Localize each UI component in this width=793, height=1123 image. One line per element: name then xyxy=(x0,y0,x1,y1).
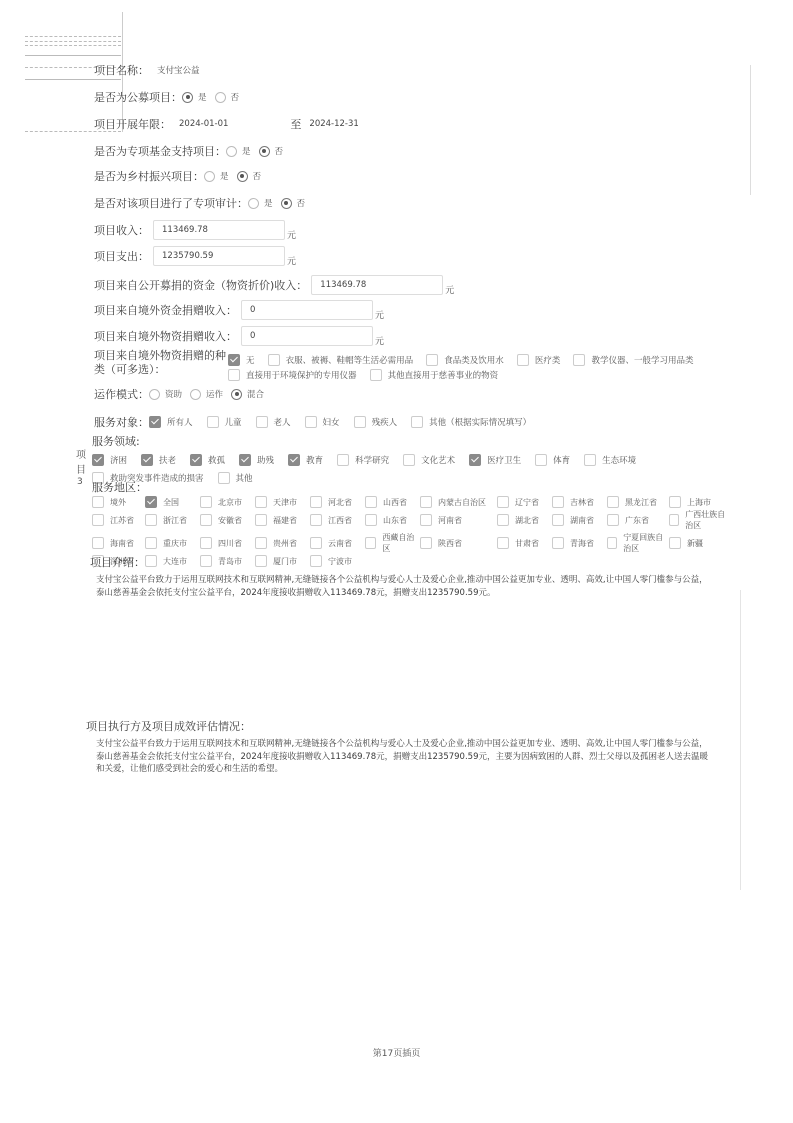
goods-type-none[interactable]: 无 xyxy=(228,354,255,366)
operation-mode-mixed[interactable]: 混合 xyxy=(231,388,264,400)
income-input[interactable]: 113469.78 xyxy=(153,220,285,240)
overseas-goods-types-options-2: 直接用于环境保护的专用仪器 其他直接用于慈善事业的物资 xyxy=(228,366,506,385)
evaluation-text: 支付宝公益平台致力于运用互联网技术和互联网精神,无缝链接各个公益机构与爱心人士及… xyxy=(96,738,716,776)
service-region-option[interactable]: 吉林省 xyxy=(552,496,607,508)
duration-row: 项目开展年限： 2024-01-01 至 2024-12-31 xyxy=(94,116,359,132)
checkbox-icon[interactable] xyxy=(310,514,322,526)
service-target-option[interactable]: 所有人 xyxy=(149,416,193,428)
checkbox-icon[interactable] xyxy=(497,496,509,508)
special-fund-row: 是否为专项基金支持项目： 是 否 xyxy=(94,143,291,159)
service-field-option[interactable]: 教育 xyxy=(288,454,323,466)
overseas-fund-income-unit: 元 xyxy=(375,308,384,321)
overseas-goods-income-unit: 元 xyxy=(375,334,384,347)
service-region-option[interactable]: 河北省 xyxy=(310,496,365,508)
special-fund-no[interactable]: 否 xyxy=(259,145,284,157)
scan-dash-line xyxy=(25,36,121,37)
service-target-option[interactable]: 老人 xyxy=(256,416,291,428)
checkbox-checked-icon[interactable] xyxy=(149,416,161,428)
service-region-option[interactable]: 湖南省 xyxy=(552,509,607,531)
expense-unit: 元 xyxy=(287,254,296,267)
service-region-option[interactable]: 江苏省 xyxy=(92,509,145,531)
checkbox-icon[interactable] xyxy=(420,496,432,508)
checkbox-checked-icon[interactable] xyxy=(92,454,104,466)
operation-mode-funding[interactable]: 资助 xyxy=(149,388,182,400)
service-region-option[interactable]: 大连市 xyxy=(145,555,200,567)
checkbox-icon[interactable] xyxy=(365,537,376,549)
duration-label: 项目开展年限： xyxy=(94,116,171,132)
overseas-fund-income-label: 项目来自境外资金捐赠收入： xyxy=(94,302,237,318)
checkbox-icon[interactable] xyxy=(200,555,212,567)
overseas-goods-income-row: 项目来自境外物资捐赠收入： 0 元 xyxy=(94,324,384,347)
special-audit-yes[interactable]: 是 xyxy=(248,197,273,209)
service-field-option[interactable]: 体育 xyxy=(535,454,570,466)
checkbox-icon[interactable] xyxy=(497,514,509,526)
checkbox-icon[interactable] xyxy=(497,537,509,549)
checkbox-icon[interactable] xyxy=(552,537,564,549)
scan-dash-line xyxy=(25,79,121,80)
income-label: 项目收入： xyxy=(94,222,149,238)
service-targets-row: 服务对象： 所有人儿童老人妇女残疾人其他（根据实际情况填写） xyxy=(94,414,545,430)
special-fund-label: 是否为专项基金支持项目： xyxy=(94,143,226,159)
special-audit-label: 是否对该项目进行了专项审计： xyxy=(94,195,248,211)
service-region-option[interactable]: 宁波市 xyxy=(310,555,365,567)
public-donation-income-row: 项目来自公开募捐的资金（物资折价)收入： 113469.78 元 xyxy=(94,273,454,296)
checkbox-icon[interactable] xyxy=(365,496,377,508)
checkbox-checked-icon[interactable] xyxy=(141,454,153,466)
service-field-option[interactable]: 文化艺术 xyxy=(403,454,455,466)
service-region-option[interactable]: 四川省 xyxy=(200,532,255,554)
checkbox-checked-icon[interactable] xyxy=(469,454,481,466)
checkbox-icon[interactable] xyxy=(669,537,681,549)
service-region-option[interactable]: 全国 xyxy=(145,496,200,508)
checkbox-icon[interactable] xyxy=(310,537,322,549)
checkbox-icon[interactable] xyxy=(310,555,322,567)
checkbox-icon[interactable] xyxy=(354,416,366,428)
checkbox-icon[interactable] xyxy=(310,496,322,508)
operation-mode-operating[interactable]: 运作 xyxy=(190,388,223,400)
service-region-option[interactable]: 贵州省 xyxy=(255,532,310,554)
goods-type-daily-necessities[interactable]: 衣服、被褥、鞋帽等生活必需用品 xyxy=(268,354,414,366)
public-donation-income-unit: 元 xyxy=(445,283,454,296)
service-region-option[interactable]: 内蒙古自治区 xyxy=(420,496,497,508)
rural-revitalization-no[interactable]: 否 xyxy=(237,170,262,182)
overseas-fund-income-row: 项目来自境外资金捐赠收入： 0 元 xyxy=(94,298,384,321)
income-row: 项目收入： 113469.78 元 xyxy=(94,218,296,241)
checkbox-icon[interactable] xyxy=(207,416,219,428)
side-mark: 项 xyxy=(76,446,86,461)
radio-icon[interactable] xyxy=(204,171,215,182)
service-region-option[interactable]: 甘肃省 xyxy=(497,532,552,554)
service-region-option[interactable]: 北京市 xyxy=(200,496,255,508)
service-region-option[interactable]: 辽宁省 xyxy=(497,496,552,508)
checkbox-icon[interactable] xyxy=(145,555,157,567)
expense-row: 项目支出： 1235790.59 元 xyxy=(94,244,296,267)
service-region-option[interactable]: 厦门市 xyxy=(255,555,310,567)
service-region-option[interactable]: 境外 xyxy=(92,496,145,508)
special-audit-no[interactable]: 否 xyxy=(281,197,306,209)
scan-dash-line xyxy=(25,55,121,56)
checkbox-icon[interactable] xyxy=(200,496,212,508)
checkbox-icon[interactable] xyxy=(92,537,104,549)
checkbox-icon[interactable] xyxy=(552,496,564,508)
goods-type-env-instruments[interactable]: 直接用于环境保护的专用仪器 xyxy=(228,369,357,381)
scan-dash-line xyxy=(25,41,121,42)
radio-icon[interactable] xyxy=(215,92,226,103)
service-regions-label: 服务地区： xyxy=(92,479,147,495)
service-field-option[interactable]: 其他 xyxy=(218,472,253,484)
special-audit-row: 是否对该项目进行了专项审计： 是 否 xyxy=(94,195,313,211)
expense-label: 项目支出： xyxy=(94,248,149,264)
service-fields-options: 济困扶老救孤助残教育科学研究文化艺术医疗卫生体育生态环境救助突发事件造成的损害其… xyxy=(92,454,652,484)
scan-edge-line xyxy=(750,65,751,195)
public-fundraising-yes[interactable]: 是 xyxy=(182,91,207,103)
service-region-option[interactable]: 重庆市 xyxy=(145,532,200,554)
public-fundraising-label: 是否为公募项目： xyxy=(94,89,182,105)
radio-selected-icon[interactable] xyxy=(231,389,242,400)
service-region-option[interactable]: 广西壮族自治区 xyxy=(669,509,731,531)
overseas-goods-types-label: 项目来自境外物资捐赠的种 类（可多选）： xyxy=(94,349,226,377)
service-field-option[interactable]: 济困 xyxy=(92,454,127,466)
checkbox-icon[interactable] xyxy=(256,416,268,428)
checkbox-checked-icon[interactable] xyxy=(228,354,240,366)
service-fields-label: 服务领域: xyxy=(92,433,140,449)
checkbox-icon[interactable] xyxy=(370,369,382,381)
checkbox-icon[interactable] xyxy=(535,454,547,466)
radio-icon[interactable] xyxy=(248,198,259,209)
income-unit: 元 xyxy=(287,228,296,241)
checkbox-icon[interactable] xyxy=(145,514,157,526)
checkbox-icon[interactable] xyxy=(145,537,157,549)
service-region-option[interactable]: 宁夏回族自治区 xyxy=(607,532,669,554)
service-targets-label: 服务对象： xyxy=(94,414,149,430)
radio-selected-icon[interactable] xyxy=(259,146,270,157)
service-region-option[interactable]: 青海省 xyxy=(552,532,607,554)
side-mark: 3 xyxy=(77,477,83,487)
checkbox-icon[interactable] xyxy=(552,514,564,526)
public-fundraising-row: 是否为公募项目： 是 否 xyxy=(94,89,247,105)
project-name-label: 项目名称： xyxy=(94,62,149,78)
checkbox-icon[interactable] xyxy=(268,354,280,366)
project-name-row: 项目名称： 支付宝公益 xyxy=(94,62,200,78)
checkbox-icon[interactable] xyxy=(365,514,377,526)
service-region-option[interactable]: 陕西省 xyxy=(420,532,497,554)
rural-revitalization-label: 是否为乡村振兴项目： xyxy=(94,168,204,184)
service-region-option[interactable]: 广东省 xyxy=(607,509,669,531)
service-region-option[interactable]: 福建省 xyxy=(255,509,310,531)
service-target-option[interactable]: 其他（根据实际情况填写） xyxy=(411,416,531,428)
special-fund-yes[interactable]: 是 xyxy=(226,145,251,157)
introduction-text: 支付宝公益平台致力于运用互联网技术和互联网精神,无缝链接各个公益机构与爱心人士及… xyxy=(96,574,714,599)
duration-end: 2024-12-31 xyxy=(309,119,358,129)
goods-type-teaching[interactable]: 教学仪器、一般学习用品类 xyxy=(573,354,693,366)
checkbox-icon[interactable] xyxy=(92,514,104,526)
service-field-option[interactable]: 生态环境 xyxy=(584,454,636,466)
service-regions-options: 境外全国北京市天津市河北省山西省内蒙古自治区辽宁省吉林省黑龙江省上海市江苏省浙江… xyxy=(92,496,731,567)
service-region-option[interactable]: 江西省 xyxy=(310,509,365,531)
rural-revitalization-yes[interactable]: 是 xyxy=(204,170,229,182)
expense-input[interactable]: 1235790.59 xyxy=(153,246,285,266)
service-target-option[interactable]: 残疾人 xyxy=(354,416,398,428)
checkbox-icon[interactable] xyxy=(584,454,596,466)
radio-selected-icon[interactable] xyxy=(237,171,248,182)
duration-to: 至 xyxy=(290,116,301,132)
service-region-option[interactable]: 浙江省 xyxy=(145,509,200,531)
goods-type-other-charity[interactable]: 其他直接用于慈善事业的物资 xyxy=(370,369,499,381)
checkbox-checked-icon[interactable] xyxy=(145,496,157,508)
introduction-label: 项目介绍： xyxy=(90,554,145,570)
service-region-option[interactable]: 上海市 xyxy=(669,496,731,508)
checkbox-icon[interactable] xyxy=(200,514,212,526)
checkbox-checked-icon[interactable] xyxy=(190,454,202,466)
overseas-fund-income-input[interactable]: 0 xyxy=(241,300,373,320)
service-field-option[interactable]: 医疗卫生 xyxy=(469,454,521,466)
page-number: 第17页插页 xyxy=(0,1046,793,1059)
service-field-option[interactable]: 救孤 xyxy=(190,454,225,466)
checkbox-icon[interactable] xyxy=(255,537,267,549)
project-name-value: 支付宝公益 xyxy=(157,64,200,76)
checkbox-icon[interactable] xyxy=(573,354,585,366)
scan-dash-line xyxy=(25,45,121,46)
service-region-option[interactable]: 黑龙江省 xyxy=(607,496,669,508)
checkbox-icon[interactable] xyxy=(92,496,104,508)
service-region-option[interactable]: 青岛市 xyxy=(200,555,255,567)
service-region-option[interactable]: 新疆 xyxy=(669,532,731,554)
checkbox-icon[interactable] xyxy=(669,496,681,508)
overseas-goods-income-input[interactable]: 0 xyxy=(241,326,373,346)
rural-revitalization-row: 是否为乡村振兴项目： 是 否 xyxy=(94,168,269,184)
checkbox-icon[interactable] xyxy=(255,496,267,508)
service-target-option[interactable]: 妇女 xyxy=(305,416,340,428)
service-region-option[interactable]: 安徽省 xyxy=(200,509,255,531)
checkbox-icon[interactable] xyxy=(420,514,432,526)
service-region-option[interactable]: 湖北省 xyxy=(497,509,552,531)
service-region-option[interactable]: 天津市 xyxy=(255,496,310,508)
radio-selected-icon[interactable] xyxy=(281,198,292,209)
checkbox-icon[interactable] xyxy=(305,416,317,428)
radio-icon[interactable] xyxy=(226,146,237,157)
public-fundraising-no[interactable]: 否 xyxy=(215,91,240,103)
checkbox-icon[interactable] xyxy=(255,555,267,567)
radio-icon[interactable] xyxy=(149,389,160,400)
operation-mode-label: 运作模式： xyxy=(94,386,149,402)
service-region-option[interactable]: 河南省 xyxy=(420,509,497,531)
service-targets-options: 所有人儿童老人妇女残疾人其他（根据实际情况填写） xyxy=(149,416,545,428)
checkbox-icon[interactable] xyxy=(669,514,679,526)
goods-type-food-water[interactable]: 食品类及饮用水 xyxy=(426,354,504,366)
scan-edge-line xyxy=(740,590,741,890)
duration-start: 2024-01-01 xyxy=(179,119,228,129)
checkbox-icon[interactable] xyxy=(228,369,240,381)
radio-selected-icon[interactable] xyxy=(182,92,193,103)
checkbox-icon[interactable] xyxy=(607,514,619,526)
checkbox-icon[interactable] xyxy=(426,354,438,366)
checkbox-icon[interactable] xyxy=(200,537,212,549)
service-region-option[interactable]: 云南省 xyxy=(310,532,365,554)
overseas-goods-income-label: 项目来自境外物资捐赠收入： xyxy=(94,328,237,344)
checkbox-icon[interactable] xyxy=(517,354,529,366)
service-field-option[interactable]: 科学研究 xyxy=(337,454,389,466)
checkbox-icon[interactable] xyxy=(255,514,267,526)
evaluation-label: 项目执行方及项目成效评估情况： xyxy=(86,718,251,734)
checkbox-checked-icon[interactable] xyxy=(288,454,300,466)
checkbox-icon[interactable] xyxy=(337,454,349,466)
radio-icon[interactable] xyxy=(190,389,201,400)
service-region-option[interactable]: 海南省 xyxy=(92,532,145,554)
service-field-option[interactable]: 助残 xyxy=(239,454,274,466)
operation-mode-row: 运作模式： 资助 运作 混合 xyxy=(94,386,272,402)
service-target-option[interactable]: 儿童 xyxy=(207,416,242,428)
checkbox-icon[interactable] xyxy=(411,416,423,428)
checkbox-checked-icon[interactable] xyxy=(239,454,251,466)
service-region-option[interactable]: 山东省 xyxy=(365,509,420,531)
goods-type-medical[interactable]: 医疗类 xyxy=(517,354,561,366)
checkbox-icon[interactable] xyxy=(607,537,617,549)
side-mark: 目 xyxy=(76,461,86,476)
checkbox-icon[interactable] xyxy=(420,537,432,549)
checkbox-icon[interactable] xyxy=(607,496,619,508)
public-donation-income-label: 项目来自公开募捐的资金（物资折价)收入： xyxy=(94,277,307,293)
service-field-option[interactable]: 扶老 xyxy=(141,454,176,466)
public-donation-income-input[interactable]: 113469.78 xyxy=(311,275,443,295)
checkbox-icon[interactable] xyxy=(403,454,415,466)
checkbox-icon[interactable] xyxy=(218,472,230,484)
service-region-option[interactable]: 西藏自治区 xyxy=(365,532,420,554)
service-region-option[interactable]: 山西省 xyxy=(365,496,420,508)
